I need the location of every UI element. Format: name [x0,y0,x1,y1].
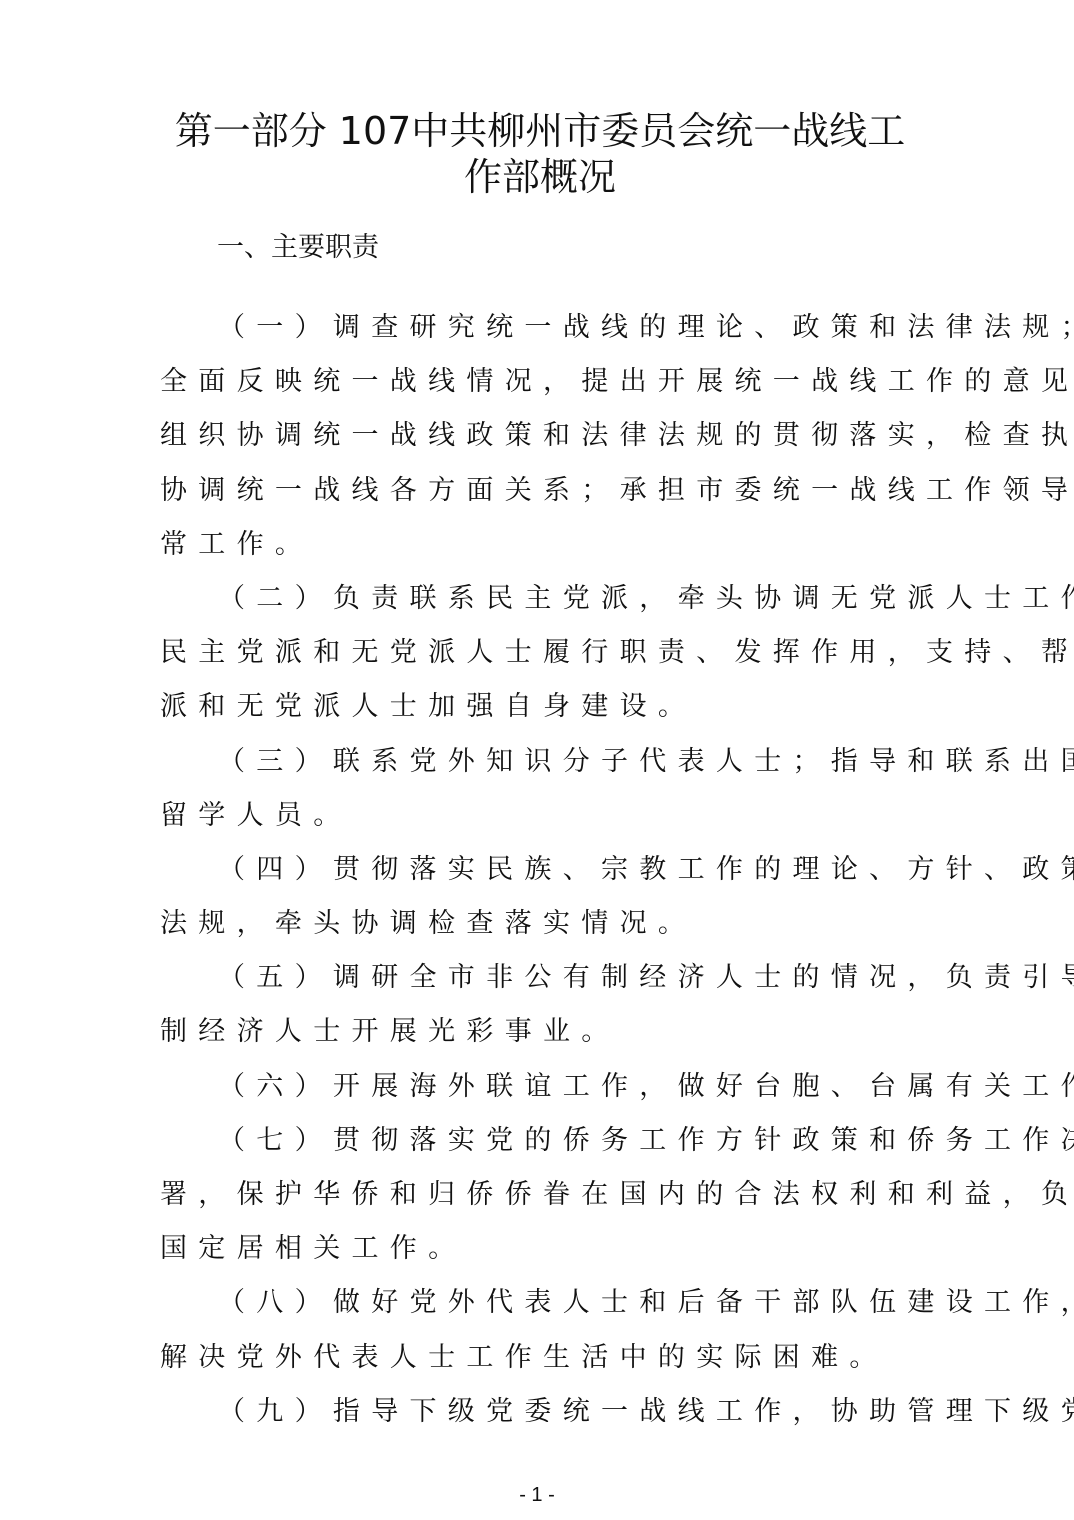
document-page: 第一部分 107中共柳州市委员会统一战线工 作部概况 一、主要职责 （一）调查研… [0,0,1074,1520]
text-line: （一）调查研究统一战线的理论、政策和法律法规；向市委 [160,301,935,355]
text-line: （二）负责联系民主党派，牵头协调无党派人士工作，支持 [160,572,935,626]
text-line: 留学人员。 [160,789,935,843]
paragraph-2: （二）负责联系民主党派，牵头协调无党派人士工作，支持 民主党派和无党派人士履行职… [160,572,935,735]
text-line: （五）调研全市非公有制经济人士的情况，负责引导非公有 [160,951,935,1005]
text-line: 组织协调统一战线政策和法律法规的贯彻落实，检查执行情况； [160,409,935,463]
text-line: 法规，牵头协调检查落实情况。 [160,897,935,951]
text-line: 派和无党派人士加强自身建设。 [160,680,935,734]
page-title: 第一部分 107中共柳州市委员会统一战线工 作部概况 [140,108,940,200]
text-line: 民主党派和无党派人士履行职责、发挥作用，支持、帮助民主党 [160,626,935,680]
text-line: 国定居相关工作。 [160,1222,935,1276]
text-line: 制经济人士开展光彩事业。 [160,1005,935,1059]
text-line: 全面反映统一战线情况，提出开展统一战线工作的意见和建议； [160,355,935,409]
paragraph-9: （九）指导下级党委统一战线工作，协助管理下级党委统战 [160,1385,935,1439]
paragraph-3: （三）联系党外知识分子代表人士；指导和联系出国和归国 留学人员。 [160,735,935,843]
title-line: 第一部分 107中共柳州市委员会统一战线工 [140,108,940,154]
paragraph-7: （七）贯彻落实党的侨务工作方针政策和侨务工作决策部 署，保护华侨和归侨侨眷在国内… [160,1114,935,1277]
text-line: 协调统一战线各方面关系；承担市委统一战线工作领导小组的日 [160,464,935,518]
text-line: 常工作。 [160,518,935,572]
text-line: （八）做好党外代表人士和后备干部队伍建设工作，反映和 [160,1276,935,1330]
section-heading: 一、主要职责 [217,228,379,268]
paragraph-4: （四）贯彻落实民族、宗教工作的理论、方针、政策和法律 法规，牵头协调检查落实情况… [160,843,935,951]
paragraph-1: （一）调查研究统一战线的理论、政策和法律法规；向市委 全面反映统一战线情况，提出… [160,301,935,572]
text-line: （六）开展海外联谊工作，做好台胞、台属有关工作。 [160,1060,935,1114]
paragraph-5: （五）调研全市非公有制经济人士的情况，负责引导非公有 制经济人士开展光彩事业。 [160,951,935,1059]
body-text: （一）调查研究统一战线的理论、政策和法律法规；向市委 全面反映统一战线情况，提出… [160,301,935,1439]
page-number: - 1 - [0,1483,1074,1507]
title-line: 作部概况 [140,154,940,200]
paragraph-8: （八）做好党外代表人士和后备干部队伍建设工作，反映和 解决党外代表人士工作生活中… [160,1276,935,1384]
text-line: （四）贯彻落实民族、宗教工作的理论、方针、政策和法律 [160,843,935,897]
text-line: （九）指导下级党委统一战线工作，协助管理下级党委统战 [160,1385,935,1439]
paragraph-6: （六）开展海外联谊工作，做好台胞、台属有关工作。 [160,1060,935,1114]
text-line: （七）贯彻落实党的侨务工作方针政策和侨务工作决策部 [160,1114,935,1168]
text-line: 署，保护华侨和归侨侨眷在国内的合法权利和利益，负责华侨回 [160,1168,935,1222]
text-line: （三）联系党外知识分子代表人士；指导和联系出国和归国 [160,735,935,789]
text-line: 解决党外代表人士工作生活中的实际困难。 [160,1331,935,1385]
